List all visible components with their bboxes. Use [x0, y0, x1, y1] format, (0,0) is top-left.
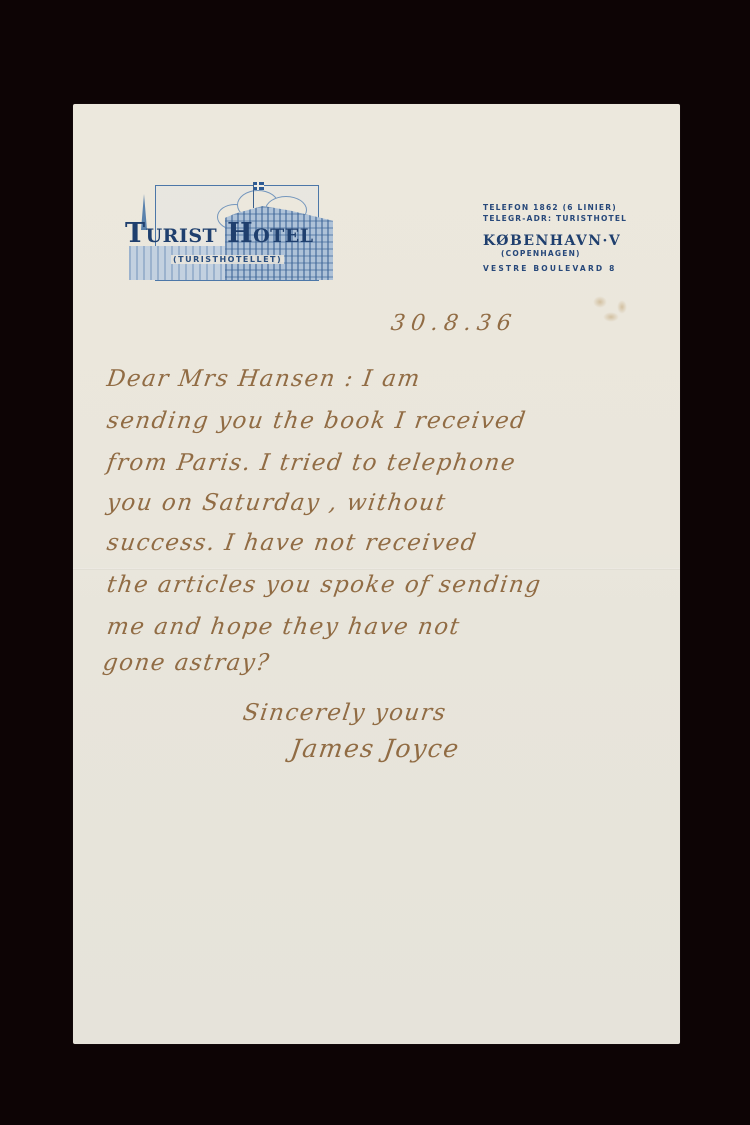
letter-line: you on Saturday , without	[105, 490, 448, 516]
letter-line: from Paris. I tried to telephone	[105, 450, 518, 476]
telephone-line: TELEFON 1862 (6 LINIER)	[483, 202, 643, 213]
letter-line: the articles you spoke of sending	[105, 572, 543, 598]
city-translation: (COPENHAGEN)	[483, 249, 643, 259]
telegraph-line: TELEGR-ADR: TURISTHOTEL	[483, 213, 643, 224]
city-name: KØBENHAVN·V	[483, 234, 643, 249]
letter-line: gone astray?	[101, 650, 272, 676]
paper-stain	[593, 296, 607, 308]
letter-signature: James Joyce	[289, 734, 462, 763]
letter-line: Dear Mrs Hansen : I am	[105, 366, 422, 392]
swedish-flag-icon	[254, 182, 264, 190]
hotel-name: Turist Hotel	[125, 220, 314, 247]
letter-line: success. I have not received	[105, 530, 479, 556]
photo-backdrop: Turist Hotel (TURISTHOTELLET) TELEFON 18…	[0, 0, 750, 1125]
paper-fold-line	[73, 568, 680, 570]
paper-stain	[603, 312, 619, 322]
letter-line: sending you the book I received	[105, 408, 528, 434]
hotel-subtitle: (TURISTHOTELLET)	[171, 255, 284, 264]
letter-closing: Sincerely yours	[241, 700, 448, 726]
letter-sheet: Turist Hotel (TURISTHOTELLET) TELEFON 18…	[73, 104, 680, 1044]
letter-line: me and hope they have not	[105, 614, 462, 640]
letter-date: 30.8.36	[389, 311, 518, 336]
hotel-contact-block: TELEFON 1862 (6 LINIER) TELEGR-ADR: TURI…	[483, 202, 643, 274]
hotel-logo: Turist Hotel (TURISTHOTELLET)	[125, 178, 337, 280]
paper-stain	[617, 300, 627, 314]
street-address: VESTRE BOULEVARD 8	[483, 263, 643, 274]
